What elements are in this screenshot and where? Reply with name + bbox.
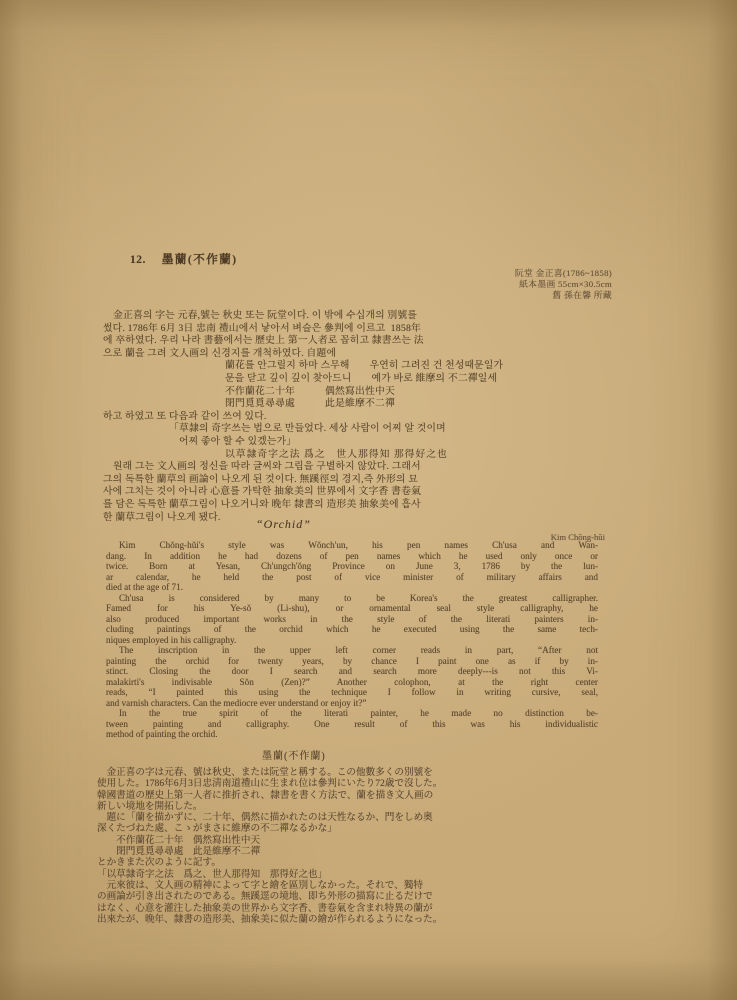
text-line: 한 蘭草그림이 나오게 됐다. — [103, 512, 623, 525]
text-line: 蘭花를 안그릴지 하마 스무해 우연히 그려진 건 천성때문일가 — [225, 360, 623, 373]
text-line: ar calendar, he held the post of vice mi… — [106, 572, 598, 583]
text-line: method of painting the orchid. — [106, 729, 598, 740]
korean-quote: 「草隷의 奇字쓰는 법으로 만들었다. 세상 사람이 어찌 알 것이며 어찌 좋… — [169, 423, 623, 448]
korean-paragraph-2: 원래 그는 文人画의 정신을 따라 글씨와 그림을 구별하지 않았다. 그래서그… — [103, 461, 623, 524]
paragraph: In the true spirit of the literati paint… — [106, 708, 598, 740]
text-line: 으로 蘭을 그려 文人画의 신경지를 개척하였다. 自題에 — [103, 348, 623, 361]
text-line: 元來彼は、文人画の精神によって字と繪を區別しなかった。それで、獨特 — [97, 880, 655, 891]
text-line: Famed for his Ye-sŏ (Li-shu), or ornamen… — [106, 603, 598, 614]
text-line: 를 담은 독특한 蘭草그림이 나오거니와 晚年 隸書의 造形美 抽象美에 흡사 — [103, 499, 623, 512]
text-line: 「草隷의 奇字쓰는 법으로 만들었다. 세상 사람이 어찌 알 것이며 — [169, 423, 623, 436]
text-line: malakirti's indivisable Sŏn (Zen)?” Anot… — [106, 677, 598, 688]
paragraph: Ch'usa is considered by many to be Korea… — [106, 593, 598, 646]
text-line: In the true spirit of the literati paint… — [106, 708, 598, 719]
paragraph: The inscription in the upper left corner… — [106, 645, 598, 708]
text-line: 出來たが、晚年、隸書の造形美、抽象美に似た蘭の繪が作られるようになった。 — [97, 914, 655, 925]
text-line: 閉門覓覓尋尋處 此是維摩不二禪 — [97, 846, 655, 857]
text-line: The inscription in the upper left corner… — [106, 645, 598, 656]
text-line: はなく、心意を灌注した抽象美の世界から文字香、書卷氣を含まれ特異の蘭が — [97, 903, 655, 914]
text-line: reads, “I painted this using the techniq… — [106, 687, 598, 698]
english-text: Kim Chŏng-hŭi's style was Wŏnch'un, his … — [106, 540, 598, 740]
korean-section: 金正喜의 字는 元春,號는 秋史 또는 阮堂이다. 이 밖에 수십개의 別號를썼… — [103, 310, 623, 524]
text-line: 閉門覓覓尋尋處 此是維摩不二禪 — [225, 398, 623, 411]
artwork-credits: 阮堂 金正喜(1786~1858)紙本墨画 55cm×30.5cm舊 孫在馨 所… — [515, 268, 612, 300]
japanese-section-title: 墨蘭(不作蘭) — [262, 747, 326, 762]
entry-header: 12.墨蘭(不作蘭) — [130, 251, 238, 267]
text-line: Ch'usa is considered by many to be Korea… — [106, 593, 598, 604]
korean-poem: 蘭花를 안그릴지 하마 스무해 우연히 그려진 건 천성때문일가문을 닫고 깊이… — [225, 360, 623, 410]
entry-number: 12. — [130, 254, 146, 266]
text-line: cluding paintings of the orchid which he… — [106, 624, 598, 635]
japanese-text: 金正喜の字は元春、號は秋史、または阮堂と稱する。この他數多くの別號を使用した。1… — [97, 767, 655, 925]
text-line: 문을 닫고 깊이 깊이 찾아드니 예가 바로 維摩의 不二禪일세 — [225, 373, 623, 386]
text-line: tween painting and calligraphy. One resu… — [106, 719, 598, 730]
text-line: 원래 그는 文人画의 정신을 따라 글씨와 그림을 구별하지 않았다. 그래서 — [103, 461, 623, 474]
text-line: niques employed in his calligraphy. — [106, 635, 598, 646]
text-line: 新しい境地を開拓した。 — [97, 801, 655, 812]
text-line: 舊 孫在馨 所藏 — [515, 290, 612, 301]
text-line: and varnish characters. Can the mediocre… — [106, 698, 598, 709]
text-line: also produced important works in the sty… — [106, 614, 598, 625]
text-line: 「以草隷奇字之法 爲之、世人那得知 那得好之也」 — [97, 869, 655, 880]
text-line: 사에 그치는 것이 아니라 心意를 가탁한 抽象美의 世界에서 文字香 書卷氣 — [103, 486, 623, 499]
text-line: 썼다. 1786年 6月 3日 忠南 禮山에서 낳아서 벼슬은 參判에 이르고 … — [103, 323, 623, 336]
hanja-colophon: 以草隷奇字之法 爲之 世人那得知 那得好之也 — [225, 449, 623, 462]
text-line: 韓國書道の歷史上第一人者に推折され、隸書を書く方法で、蘭を描き文人画の — [97, 790, 655, 801]
text-line: 不作蘭花二十年 偶然寫出性中天 — [97, 835, 655, 846]
text-line: 金正喜의 字는 元春,號는 秋史 또는 阮堂이다. 이 밖에 수십개의 別號를 — [103, 310, 623, 323]
text-line: 不作蘭花二十年 偶然寫出性中天 — [225, 386, 623, 399]
text-line: 어찌 좋아 할 수 있겠는가」 — [169, 436, 623, 449]
text-line: twice. Born at Yesan, Ch'ungch'ŏng Provi… — [106, 561, 598, 572]
text-line: painting the orchid for twenty years, by… — [106, 656, 598, 667]
text-line: 그의 독특한 蘭草의 画論이 나오게 된 것이다. 無蹊徑의 경지,즉 外形의 … — [103, 474, 623, 487]
text-line: の画論が引き出されたのである。無蹊逕の境地、即ち外形の描寫に止るだけで — [97, 891, 655, 902]
text-line: 에 卒하였다. 우리 나라 書藝에서는 歷史上 第一人者로 꼽히고 隸書쓰는 法 — [103, 335, 623, 348]
korean-paragraph-1: 金正喜의 字는 元春,號는 秋史 또는 阮堂이다. 이 밖에 수십개의 別號를썼… — [103, 310, 623, 360]
text-line: とかきまた次のように記す。 — [97, 857, 655, 868]
page-title: 墨蘭(不作蘭) — [162, 254, 238, 266]
text-line: 阮堂 金正喜(1786~1858) — [515, 268, 612, 279]
english-section-title: “Orchid” — [256, 517, 311, 532]
text-line: Kim Chŏng-hŭi's style was Wŏnch'un, his … — [106, 540, 598, 551]
text-line: stinct. Closing the door I search and se… — [106, 666, 598, 677]
text-line: dang. In addition he had dozens of pen n… — [106, 551, 598, 562]
text-line: 金正喜の字は元春、號は秋史、または阮堂と稱する。この他數多くの別號を — [97, 767, 655, 778]
text-line: 使用した。1786年6月3日忠淸南道禮山に生まれ位は參判にいたり72歳で沒した。 — [97, 778, 655, 789]
korean-after-poem: 하고 하였고 또 다음과 같이 쓰여 있다. — [103, 411, 623, 424]
paragraph: Kim Chŏng-hŭi's style was Wŏnch'un, his … — [106, 540, 598, 593]
text-line: 題に「蘭を描かずに、二十年、偶然に描かれたのは天性なるか、門をしめ奥 — [97, 812, 655, 823]
scanned-catalog-page: 12.墨蘭(不作蘭) 阮堂 金正喜(1786~1858)紙本墨画 55cm×30… — [0, 0, 737, 1000]
text-line: 紙本墨画 55cm×30.5cm — [515, 279, 612, 290]
text-line: died at the age of 71. — [106, 582, 598, 593]
text-line: 深くたづねた處、こゝがまさに維摩の不二禪なるかな」 — [97, 823, 655, 834]
